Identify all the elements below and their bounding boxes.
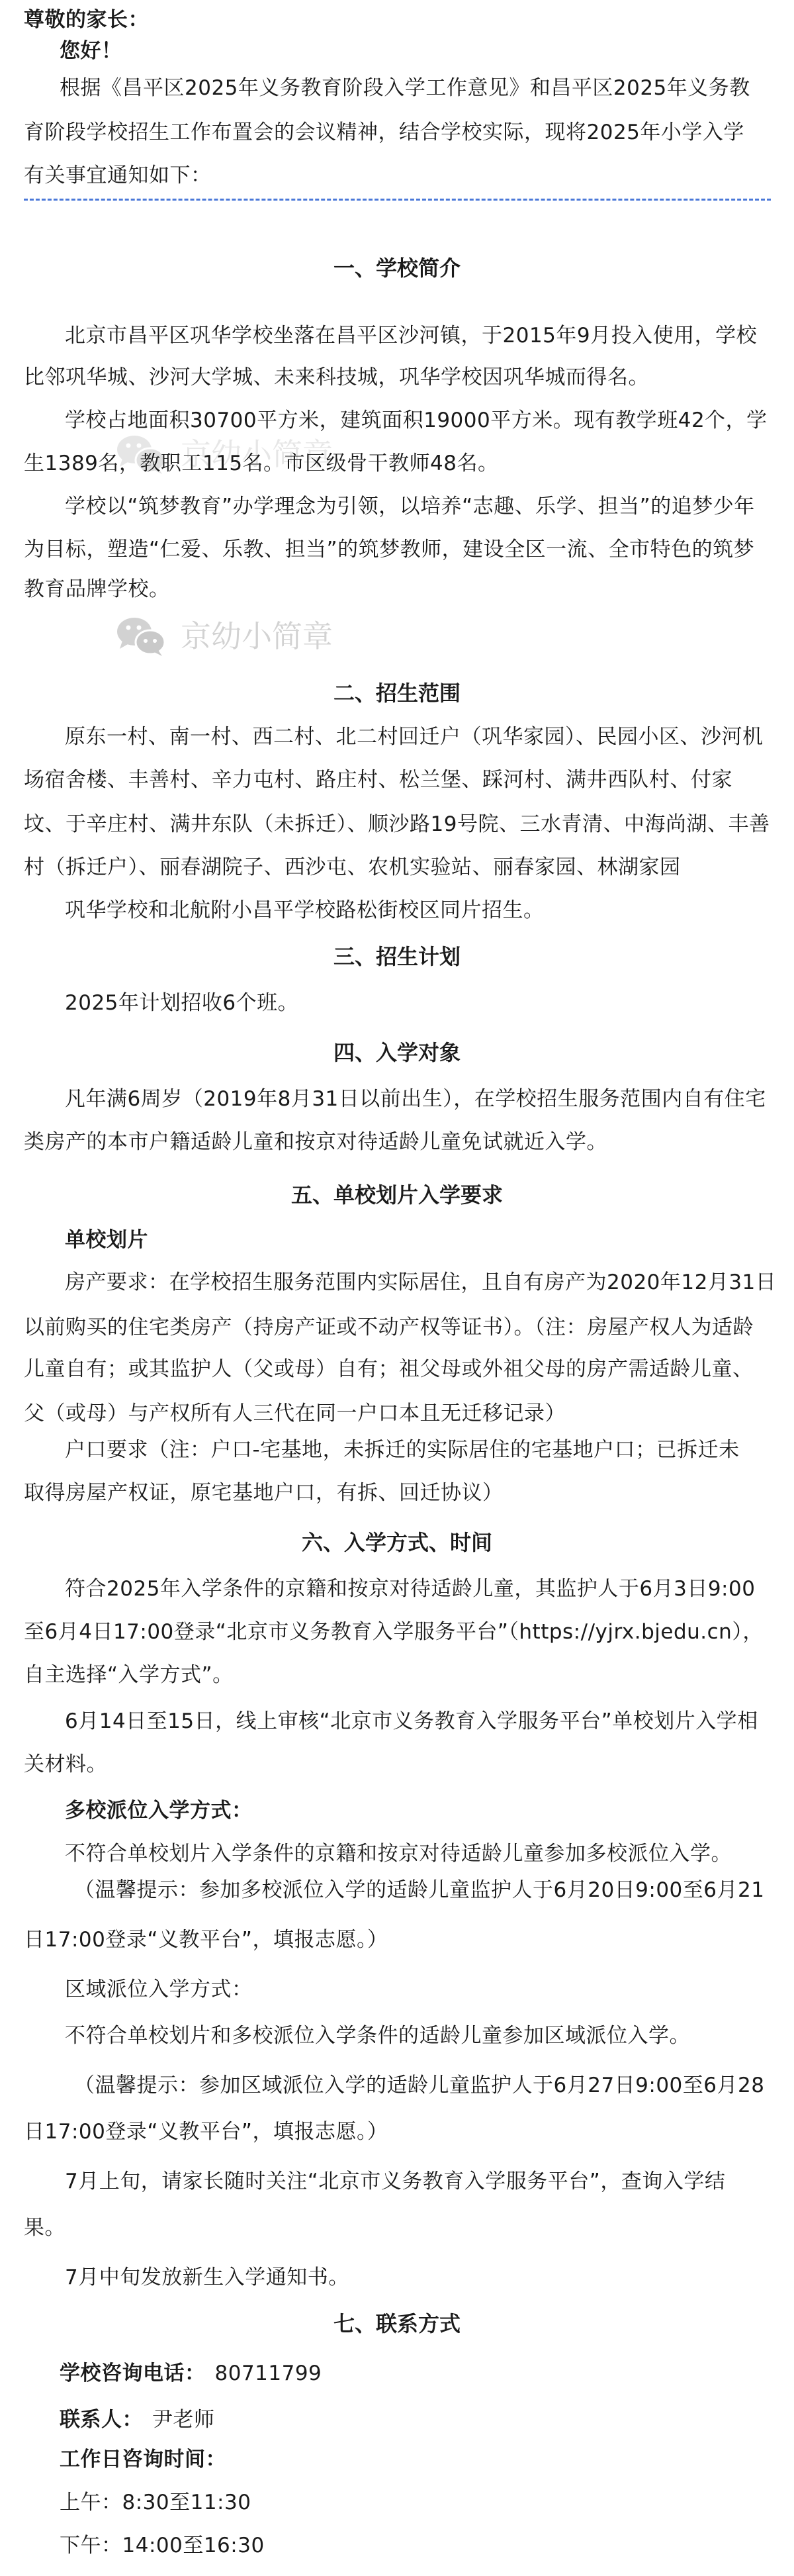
subsection-title: 单校划片 [65,1227,771,1253]
intro-line: 根据《昌平区2025年义务教育阶段入学工作意见》和昌平区2025年义务教 [60,75,771,101]
paragraph-line: （温馨提示：参加多校派位入学的适龄儿童监护人于6月20日9:00至6月21 [74,1877,771,1903]
paragraph-line: 符合2025年入学条件的京籍和按京对待适龄儿童，其监护人于6月3日9:00 [65,1576,771,1602]
section-title-enrollment-plan: 三、招生计划 [0,943,794,970]
paragraph-line: 北京市昌平区巩华学校坐落在昌平区沙河镇，于2015年9月投入使用，学校 [65,322,771,349]
contact-label: 联系人： [60,2408,143,2432]
intro-line: 育阶段学校招生工作布置会的会议精神，结合学校实际，现将2025年小学入学 [24,119,771,146]
paragraph-line: 场宿舍楼、丰善村、辛力屯村、路庄村、松兰堡、踩河村、满井西队村、付家 [24,767,771,793]
paragraph-line: 学校占地面积30700平方米，建筑面积19000平方米。现有教学班42个，学 [65,407,771,434]
section-title-school-intro: 一、学校简介 [0,255,794,281]
paragraph-line: 户口要求（注：户口-宅基地，未拆迁的实际居住的宅基地户口；已拆迁未 [65,1437,771,1463]
paragraph-line: 2025年计划招收6个班。 [65,990,771,1016]
phone-value: 80711799 [215,2361,322,2385]
morning-hours: 上午：8:30至11:30 [60,2489,771,2516]
paragraph-line: （温馨提示：参加区域派位入学的适龄儿童监护人于6月27日9:00至6月28 [74,2072,771,2099]
contact-value: 尹老师 [152,2408,215,2432]
paragraph-line: 日17:00登录“义教平台”，填报志愿。） [24,1927,771,1953]
paragraph-line: 6月14日至15日，线上审核“北京市义务教育入学服务平台”单校划片入学相 [65,1708,771,1735]
paragraph-line: 比邻巩华城、沙河大学城、未来科技城，巩华学校因巩华城而得名。 [24,364,771,391]
phone-label: 学校咨询电话： [60,2361,206,2385]
paragraph-line: 村（拆迁户）、丽春湖院子、西沙屯、农机实验站、丽春家园、林湖家园 [24,854,771,881]
wechat-icon [116,616,166,657]
paragraph-line: 取得房屋产权证，原宅基地户口，有拆、回迁协议） [24,1480,771,1506]
paragraph-line: 教育品牌学校。 [24,576,771,602]
section-title-contact: 七、联系方式 [0,2311,794,2337]
afternoon-hours: 下午：14:00至16:30 [60,2532,771,2559]
paragraph-line: 凡年满6周岁（2019年8月31日以前出生），在学校招生服务范围内自有住宅 [65,1086,771,1112]
paragraph-line: 日17:00登录“义教平台”，填报志愿。） [24,2119,771,2145]
paragraph-line: 不符合单校划片和多校派位入学条件的适龄儿童参加区域派位入学。 [65,2023,771,2049]
dashed-separator [24,199,771,201]
watermark-text: 京幼小简章 [181,616,333,656]
paragraph-line: 学校以“筑梦教育”办学理念为引领，以培养“志趣、乐学、担当”的追梦少年 [65,493,771,520]
paragraph-line: 关材料。 [24,1751,771,1778]
paragraph-line: 原东一村、南一村、西二村、北二村回迁户（巩华家园）、民园小区、沙河机 [65,724,771,750]
contact-phone: 学校咨询电话：80711799 [60,2360,771,2387]
paragraph-line: 至6月4日17:00登录“北京市义务教育入学服务平台”（https://yjrx… [24,1619,771,1645]
subsection-title: 区域派位入学方式： [65,1976,771,2003]
paragraph-line: 巩华学校和北航附小昌平学校路松街校区同片招生。 [65,897,771,924]
paragraph-line: 果。 [24,2215,771,2241]
section-title-enrollment-range: 二、招生范围 [0,680,794,706]
subsection-title: 多校派位入学方式： [65,1797,771,1824]
watermark: 京幼小简章 [116,616,333,657]
intro-line: 有关事宜通知如下： [24,162,771,189]
paragraph-line: 不符合单校划片入学条件的京籍和按京对待适龄儿童参加多校派位入学。 [65,1840,771,1867]
paragraph-line: 为目标，塑造“仁爱、乐教、担当”的筑梦教师，建设全区一流、全市特色的筑梦 [24,536,771,563]
paragraph-line: 生1389名，教职工115名。市区级骨干教师48名。 [24,450,771,477]
paragraph-line: 自主选择“入学方式”。 [24,1662,771,1688]
salutation: 尊敬的家长： [24,7,771,33]
paragraph-line: 儿童自有；或其监护人（父或母）自有；祖父母或外祖父母的房产需适龄儿童、 [24,1356,771,1382]
paragraph-line: 7月上旬，请家长随时关注“北京市义务教育入学服务平台”，查询入学结 [65,2168,771,2195]
section-title-single-school-requirements: 五、单校划片入学要求 [0,1182,794,1208]
paragraph-line: 类房产的本市户籍适龄儿童和按京对待适龄儿童免试就近入学。 [24,1129,771,1155]
paragraph-line: 父（或母）与产权所有人三代在同一户口本且无迁移记录） [24,1400,771,1427]
contact-person: 联系人：尹老师 [60,2407,771,2433]
section-title-method-time: 六、入学方式、时间 [0,1529,794,1556]
section-title-eligibility: 四、入学对象 [0,1039,794,1066]
consult-hours-label: 工作日咨询时间： [60,2446,771,2473]
paragraph-line: 坟、于辛庄村、满井东队（未拆迁）、顺沙路19号院、三水青清、中海尚湖、丰善 [24,811,771,837]
paragraph-line: 7月中旬发放新生入学通知书。 [65,2264,771,2291]
paragraph-line: 以前购买的住宅类房产（持房产证或不动产权等证书）。（注：房屋产权人为适龄 [24,1314,771,1341]
paragraph-line: 房产要求：在学校招生服务范围内实际居住，且自有房产为2020年12月31日 [65,1269,771,1296]
greeting-hello: 您好！ [60,38,771,64]
